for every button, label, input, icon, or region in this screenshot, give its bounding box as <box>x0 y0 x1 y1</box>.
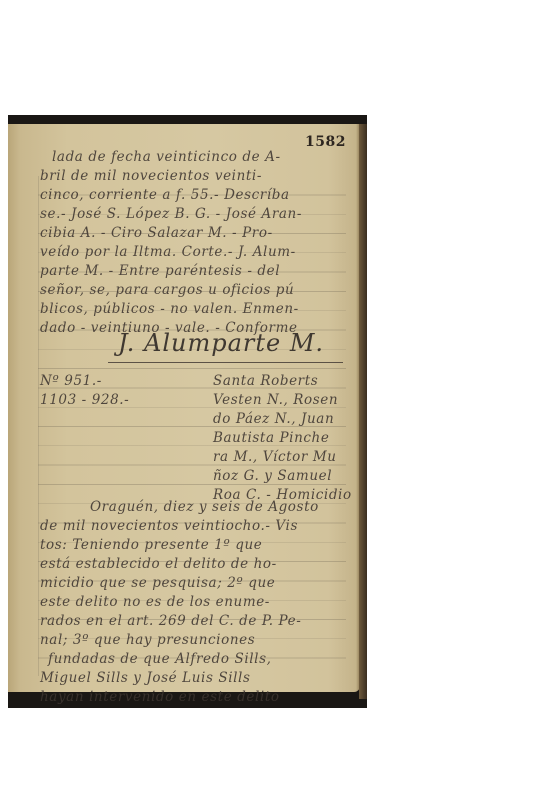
name-line: Bautista Pinche <box>213 429 329 448</box>
entry-number: Nº 951.- <box>40 372 102 391</box>
text-line: este delito no es de los enume- <box>40 593 270 612</box>
text-line: tos: Teniendo presente 1º que <box>40 536 262 555</box>
signature-underline <box>108 362 343 363</box>
text-line: lada de fecha veinticinco de A- <box>52 148 281 167</box>
document-photo: 1582 lada de fecha veinticinco de A- bri… <box>8 115 367 708</box>
text-line: veído por la Iltma. Corte.- J. Alum- <box>40 243 296 262</box>
text-line: de mil novecientos veintiocho.- Vis <box>40 517 298 536</box>
book-spine-edge <box>359 124 367 699</box>
text-line: se.- José S. López B. G. - José Aran- <box>40 205 302 224</box>
text-line: señor, se, para cargos u oficios pú <box>40 281 294 300</box>
text-line: bril de mil novecientos veinti- <box>40 167 262 186</box>
text-line: blicos, públicos - no valen. Enmen- <box>40 300 299 319</box>
text-line: nal; 3º que hay presunciones <box>40 631 255 650</box>
name-line: Santa Roberts <box>213 372 318 391</box>
text-line: cibia A. - Ciro Salazar M. - Pro- <box>40 224 273 243</box>
text-line: rados en el art. 269 del C. de P. Pe- <box>40 612 301 631</box>
text-line: está establecido el delito de ho- <box>40 555 277 574</box>
text-line: fundadas de que Alfredo Sills, <box>48 650 272 669</box>
text-line: cinco, corriente a f. 55.- Descríba <box>40 186 290 205</box>
text-line: parte M. - Entre paréntesis - del <box>40 262 280 281</box>
text-line: micidio que se pesquisa; 2º que <box>40 574 275 593</box>
name-line: ñoz G. y Samuel <box>213 467 332 486</box>
name-line: do Páez N., Juan <box>213 410 334 429</box>
margin-rule <box>38 176 39 676</box>
signature: J. Alumparte M. <box>118 329 324 357</box>
ledger-page: 1582 lada de fecha veinticinco de A- bri… <box>8 124 360 692</box>
text-line: hayan intervenido en este delito <box>40 688 280 707</box>
name-line: ra M., Víctor Mu <box>213 448 337 467</box>
text-line: Miguel Sills y José Luis Sills <box>40 669 251 688</box>
upper-paragraph: lada de fecha veinticinco de A- bril de … <box>40 148 340 398</box>
text-line: Oraguén, diez y seis de Agosto <box>90 498 319 517</box>
name-line: Vesten N., Rosen <box>213 391 338 410</box>
entry-reference: 1103 - 928.- <box>40 391 129 410</box>
